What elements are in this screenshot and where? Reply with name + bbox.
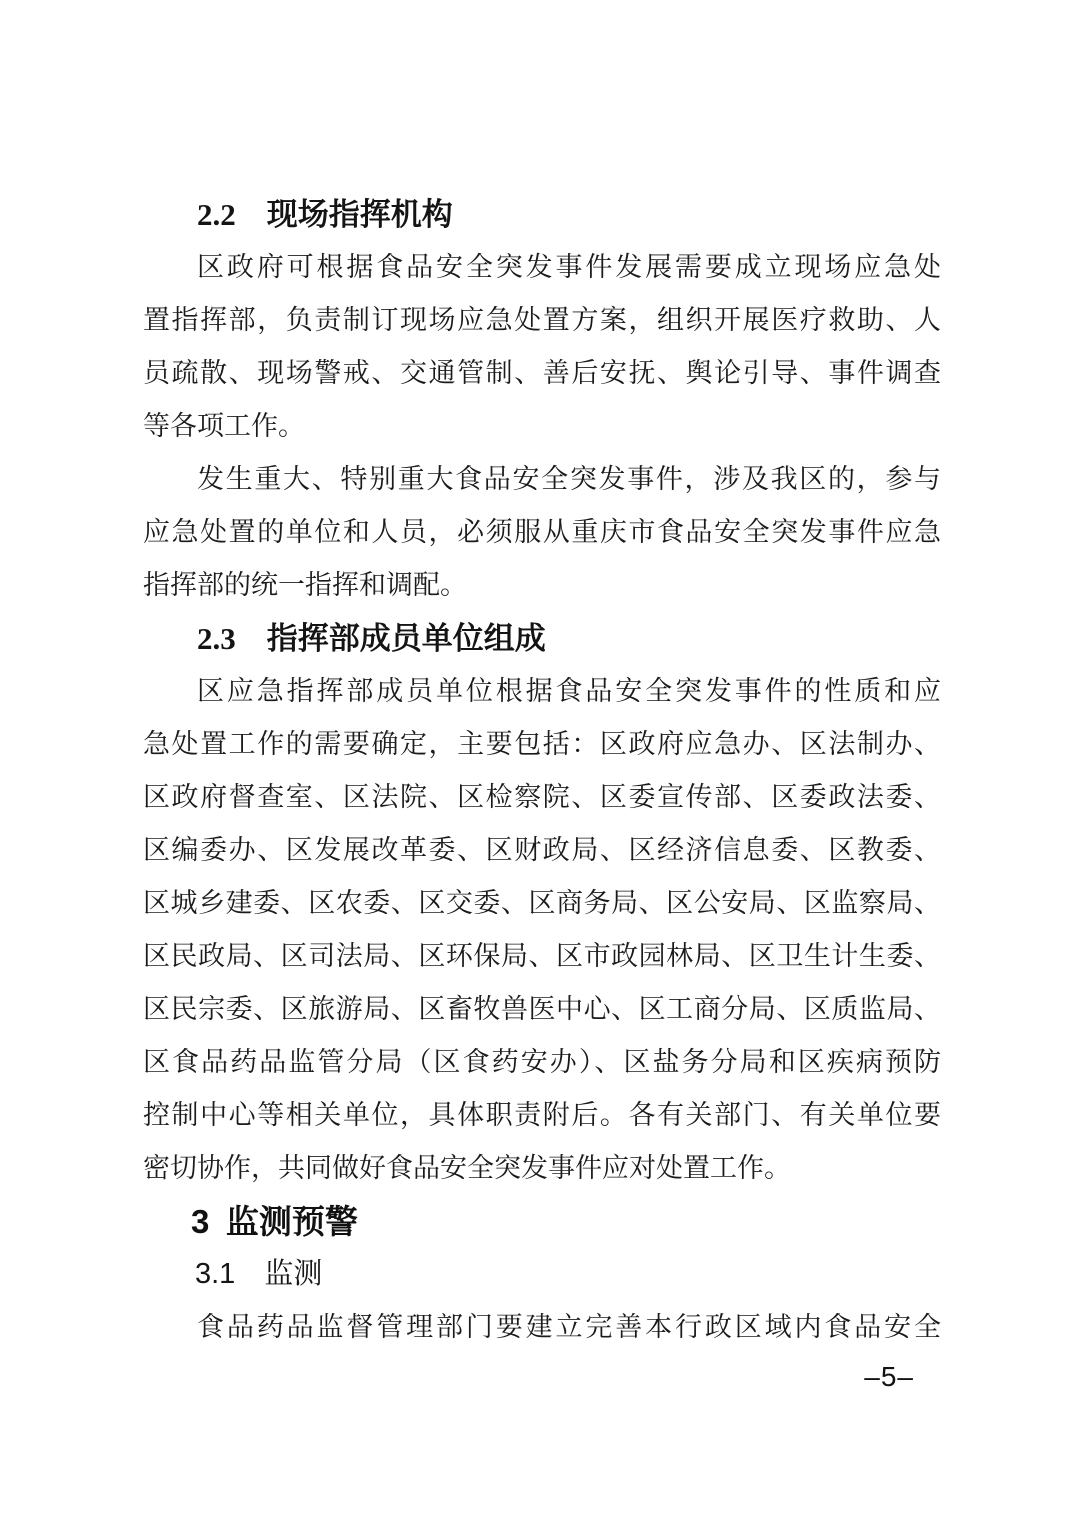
para-line: 区民宗委、区旅游局、区畜牧兽医中心、区工商分局、区质监局、	[143, 983, 941, 1036]
para-line: 等各项工作。	[143, 400, 941, 453]
para-line: 区民政局、区司法局、区环保局、区市政园林局、区卫生计生委、	[143, 930, 941, 983]
para-line: 发生重大、特别重大食品安全突发事件，涉及我区的，参与	[143, 453, 941, 506]
para-line: 区编委办、区发展改革委、区财政局、区经济信息委、区教委、	[143, 824, 941, 877]
heading-2-2: 2.2 现场指挥机构	[143, 188, 941, 241]
document-body: 2.2 现场指挥机构 区政府可根据食品安全突发事件发展需要成立现场应急处 置指挥…	[143, 188, 941, 1354]
para-line: 急处置工作的需要确定，主要包括：区政府应急办、区法制办、	[143, 718, 941, 771]
para-line: 区政府督查室、区法院、区检察院、区委宣传部、区委政法委、	[143, 771, 941, 824]
document-page: 2.2 现场指挥机构 区政府可根据食品安全突发事件发展需要成立现场应急处 置指挥…	[0, 0, 1074, 1520]
para-line: 区应急指挥部成员单位根据食品安全突发事件的性质和应	[143, 665, 941, 718]
para-line: 员疏散、现场警戒、交通管制、善后安抚、舆论引导、事件调查	[143, 347, 941, 400]
para-line: 应急处置的单位和人员，必须服从重庆市食品安全突发事件应急	[143, 506, 941, 559]
para-line: 区食品药品监管分局（区食药安办）、区盐务分局和区疾病预防	[143, 1036, 941, 1089]
para-line: 区政府可根据食品安全突发事件发展需要成立现场应急处	[143, 241, 941, 294]
page-number: –5–	[864, 1360, 914, 1394]
para-line: 控制中心等相关单位，具体职责附后。各有关部门、有关单位要	[143, 1089, 941, 1142]
para-line: 密切协作，共同做好食品安全突发事件应对处置工作。	[143, 1142, 941, 1195]
para-line: 区城乡建委、区农委、区交委、区商务局、区公安局、区监察局、	[143, 877, 941, 930]
para-line: 食品药品监督管理部门要建立完善本行政区域内食品安全	[143, 1301, 941, 1354]
heading-2-3: 2.3 指挥部成员单位组成	[143, 612, 941, 665]
heading-3: 3 监测预警	[143, 1195, 941, 1248]
para-line: 指挥部的统一指挥和调配。	[143, 559, 941, 612]
para-line: 置指挥部，负责制订现场应急处置方案，组织开展医疗救助、人	[143, 294, 941, 347]
heading-3-1: 3.1 监测	[143, 1248, 941, 1301]
